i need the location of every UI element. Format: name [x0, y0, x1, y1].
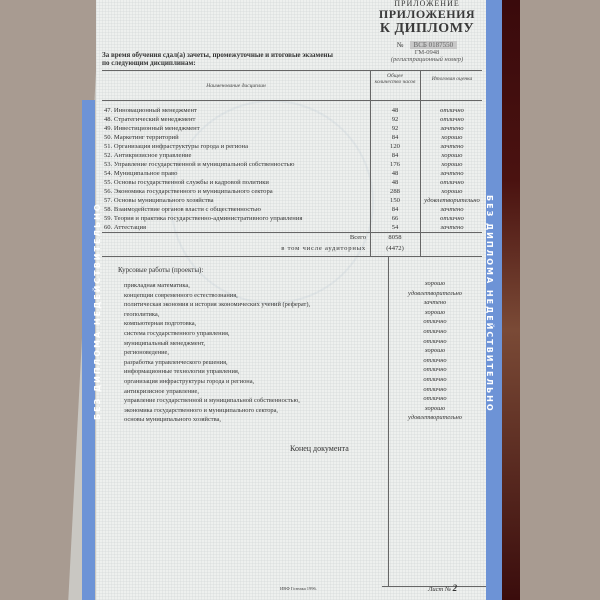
coursework-grade: хорошо [390, 280, 480, 287]
table-row: 50. Маркетинг территорий 84 хорошо [102, 133, 482, 142]
discipline-hours: 48 [370, 169, 420, 178]
table-row: 48. Стратегический менеджмент 92 отлично [102, 115, 482, 124]
discipline-name: 59. Теория и практика государственно-адм… [104, 214, 302, 223]
coursework-grade: отлично [390, 318, 480, 325]
dark-background-strip [500, 0, 520, 600]
discipline-name: 50. Маркетинг территорий [104, 133, 179, 142]
coursework-item: экономика государственного и муниципальн… [124, 407, 278, 414]
discipline-grade: хорошо [420, 133, 484, 142]
table-row: 52. Антикризисное управление 84 хорошо [102, 151, 482, 160]
discipline-name: 60. Аттестация [104, 223, 146, 232]
coursework-grade: отлично [390, 357, 480, 364]
discipline-name: 57. Основы муниципального хозяйства [104, 196, 214, 205]
discipline-name: 54. Муниципальное право [104, 169, 177, 178]
table-row: 59. Теория и практика государственно-адм… [102, 214, 482, 223]
coursework-item: организация инфраструктуры города и реги… [124, 378, 254, 385]
discipline-name: 52. Антикризисное управление [104, 151, 191, 160]
coursework-grade: зачтено [390, 299, 480, 306]
auditory-label: в том числе аудиторных [252, 245, 366, 252]
table-row: 60. Аттестация 54 зачтено [102, 223, 482, 232]
table-row: 49. Инвестиционный менеджмент 92 зачтено [102, 124, 482, 133]
number-label: № [397, 41, 404, 49]
table-row: 53. Управление государственной и муницип… [102, 160, 482, 169]
watermark-text-left: БЕЗ ДИПЛОМА НЕДЕЙСТВИТЕЛЬНО [93, 202, 102, 420]
coursework-item: компьютерная подготовка, [124, 320, 196, 327]
header-grade: Итоговая оценка [424, 76, 480, 82]
table-row: 58. Взаимодействие органов власти с обще… [102, 205, 482, 214]
coursework-item: политическая экономия и история экономич… [124, 301, 310, 308]
table-header-border [102, 100, 482, 101]
coursework-grade: хорошо [390, 309, 480, 316]
header-discipline-name: Наименование дисциплин [102, 83, 370, 89]
document-header: ПРИЛОЖЕНИЕ ПРИЛОЖЕНИЯ К ДИПЛОМУ № ВСБ 01… [368, 0, 486, 63]
discipline-hours: 92 [370, 115, 420, 124]
intro-line-1: За время обучения сдал(а) зачеты, промеж… [102, 51, 333, 59]
coursework-grade: удовлетворительно [390, 414, 480, 421]
watermark-text-right: БЕЗ ДИПЛОМА НЕДЕЙСТВИТЕЛЬНО [485, 195, 494, 413]
discipline-hours: 150 [370, 196, 420, 205]
coursework-grade: отлично [390, 338, 480, 345]
table-row: 54. Муниципальное право 48 зачтено [102, 169, 482, 178]
discipline-grade: хорошо [420, 187, 484, 196]
end-of-document: Конец документа [290, 444, 349, 453]
total-label: Всего [302, 234, 366, 241]
coursework-item: антикризисное управление, [124, 388, 199, 395]
discipline-grade: отлично [420, 106, 484, 115]
discipline-hours: 66 [370, 214, 420, 223]
coursework-title: Курсовые работы (проекты): [118, 266, 203, 274]
coursework-grade: отлично [390, 376, 480, 383]
header-line-3: К ДИПЛОМУ [368, 21, 486, 37]
discipline-hours: 288 [370, 187, 420, 196]
coursework-item: разработка управленческого решения, [124, 359, 228, 366]
discipline-name: 56. Экономика государственного и муницип… [104, 187, 273, 196]
table-row: 51. Организация инфраструктуры города и … [102, 142, 482, 151]
table-row: 57. Основы муниципального хозяйства 150 … [102, 196, 482, 205]
coursework-item: регионоведение, [124, 349, 169, 356]
discipline-name: 49. Инвестиционный менеджмент [104, 124, 200, 133]
table-bottom-border [102, 256, 482, 257]
coursework-grade: отлично [390, 366, 480, 373]
discipline-hours: 84 [370, 133, 420, 142]
discipline-grade: хорошо [420, 160, 484, 169]
discipline-grade: отлично [420, 214, 484, 223]
discipline-hours: 92 [370, 124, 420, 133]
table-top-border [102, 70, 482, 71]
discipline-name: 48. Стратегический менеджмент [104, 115, 195, 124]
discipline-grade: зачтено [420, 223, 484, 232]
coursework-grade: хорошо [390, 405, 480, 412]
discipline-name: 47. Инновационный менеджмент [104, 106, 197, 115]
discipline-grade: удовлетворительно [420, 196, 484, 205]
coursework-grade: удовлетворительно [390, 290, 480, 297]
coursework-item: геополитика, [124, 311, 159, 318]
sheet-number: Лист № 2 [428, 583, 457, 593]
sheet-number-value: 2 [453, 583, 458, 593]
coursework-grade: отлично [390, 328, 480, 335]
discipline-grade: зачтено [420, 124, 484, 133]
auditory-value: (4472) [370, 245, 420, 252]
total-value: 8058 [370, 234, 420, 241]
intro-text: За время обучения сдал(а) зачеты, промеж… [102, 51, 333, 67]
discipline-grade: отлично [420, 178, 484, 187]
discipline-grade: зачтено [420, 142, 484, 151]
discipline-name: 55. Основы государственной службы и кадр… [104, 178, 269, 187]
discipline-hours: 48 [370, 106, 420, 115]
table-row: 55. Основы государственной службы и кадр… [102, 178, 482, 187]
coursework-item: муниципальный менеджмент, [124, 340, 205, 347]
sheet-label: Лист № [428, 586, 451, 593]
discipline-grade: отлично [420, 115, 484, 124]
table-rows-border [102, 232, 482, 233]
discipline-hours: 120 [370, 142, 420, 151]
discipline-hours: 84 [370, 205, 420, 214]
discipline-grade: зачтено [420, 169, 484, 178]
coursework-item: информационные технологии управления, [124, 368, 239, 375]
coursework-item: концепции современного естествознания, [124, 292, 238, 299]
coursework-item: управление государственной и муниципальн… [124, 397, 300, 404]
discipline-hours: 176 [370, 160, 420, 169]
coursework-item: основы муниципального хозяйства, [124, 416, 221, 423]
discipline-grade: хорошо [420, 151, 484, 160]
document-number-row: № ВСБ 0187550 [368, 41, 486, 49]
table-row: 56. Экономика государственного и муницип… [102, 187, 482, 196]
document-number: ВСБ 0187550 [410, 41, 458, 49]
coursework-divider [388, 256, 389, 586]
discipline-name: 58. Взаимодействие органов власти с обще… [104, 205, 261, 214]
coursework-item: система государственного управления, [124, 330, 230, 337]
intro-line-2: по следующим дисциплинам: [102, 59, 333, 67]
header-line-2: ПРИЛОЖЕНИЯ [368, 8, 486, 21]
discipline-name: 53. Управление государственной и муницип… [104, 160, 294, 169]
coursework-grade: отлично [390, 395, 480, 402]
registration-number: ГМ-0948 [368, 49, 486, 56]
coursework-item: прикладная математика, [124, 282, 190, 289]
registration-note: (регистрационный номер) [368, 56, 486, 63]
discipline-grade: зачтено [420, 205, 484, 214]
discipline-name: 51. Организация инфраструктуры города и … [104, 142, 248, 151]
discipline-hours: 54 [370, 223, 420, 232]
header-hours: Общее количество часов [374, 73, 416, 85]
printer-note: ИВФ Гознака 1996. [280, 586, 317, 591]
coursework-grade: хорошо [390, 347, 480, 354]
discipline-hours: 48 [370, 178, 420, 187]
table-row: 47. Инновационный менеджмент 48 отлично [102, 106, 482, 115]
coursework-grade: отлично [390, 386, 480, 393]
discipline-hours: 84 [370, 151, 420, 160]
